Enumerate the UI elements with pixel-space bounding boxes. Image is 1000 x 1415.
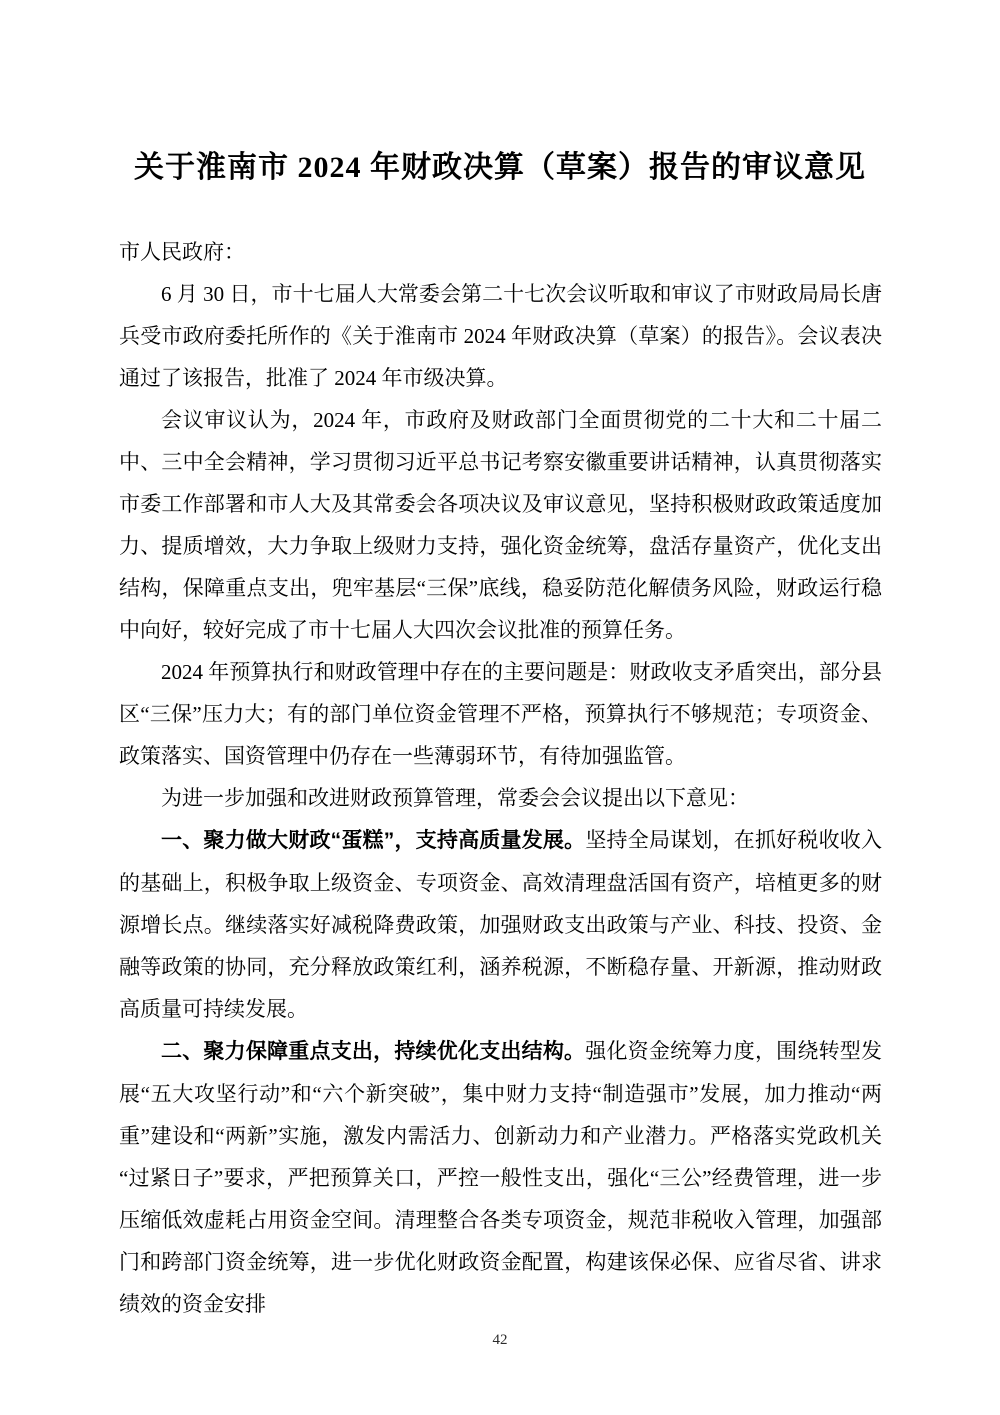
document-title: 关于淮南市 2024 年财政决算（草案）报告的审议意见 [0,146,1000,190]
paragraph-problems: 2024 年预算执行和财政管理中存在的主要问题是：财政收支矛盾突出，部分县区“三… [119,651,882,777]
document-body: 市人民政府： 6 月 30 日，市十七届人大常委会第二十七次会议听取和审议了市财… [119,231,882,1325]
paragraph-opinion-2: 二、聚力保障重点支出，持续优化支出结构。强化资金统筹力度，围绕转型发展“五大攻坚… [119,1030,882,1325]
page-number: 42 [0,1330,1000,1350]
document-page: 关于淮南市 2024 年财政决算（草案）报告的审议意见 市人民政府： 6 月 3… [0,0,1000,1415]
paragraph-intro-meeting: 6 月 30 日，市十七届人大常委会第二十七次会议听取和审议了市财政局局长唐兵受… [119,273,882,399]
opinion-2-text: 强化资金统筹力度，围绕转型发展“五大攻坚行动”和“六个新突破”，集中财力支持“制… [119,1039,882,1316]
salutation: 市人民政府： [119,231,882,273]
opinion-1-heading: 一、聚力做大财政“蛋糕”，支持高质量发展。 [161,829,585,852]
opinion-1-text: 坚持全局谋划，在抓好税收收入的基础上，积极争取上级资金、专项资金、高效清理盘活国… [119,828,882,1021]
opinion-2-heading: 二、聚力保障重点支出，持续优化支出结构。 [161,1040,585,1063]
paragraph-opinion-1: 一、聚力做大财政“蛋糕”，支持高质量发展。坚持全局谋划，在抓好税收收入的基础上，… [119,819,882,1030]
paragraph-review-findings: 会议审议认为，2024 年，市政府及财政部门全面贯彻党的二十大和二十届二中、三中… [119,399,882,651]
paragraph-opinions-intro: 为进一步加强和改进财政预算管理，常委会会议提出以下意见： [119,777,882,819]
